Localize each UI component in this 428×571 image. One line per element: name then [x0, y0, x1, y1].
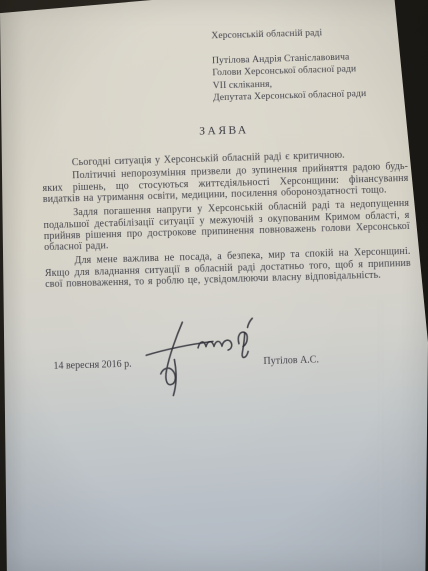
date-text: 14 вересня 2016 р.	[53, 359, 131, 372]
document-body: Сьогодні ситуація у Херсонській обласній…	[42, 147, 412, 290]
paragraph-4: Для мене важлива не посада, а безпека, м…	[44, 246, 411, 290]
signature-stroke	[172, 359, 176, 395]
document-header: Херсонській обласній раді Путілова Андрі…	[211, 25, 406, 105]
signature-stroke	[238, 332, 247, 347]
document-photo: Херсонській обласній раді Путілова Андрі…	[0, 0, 428, 571]
signature-stroke	[146, 341, 213, 355]
signature-stroke	[247, 318, 252, 327]
signature-icon	[142, 314, 294, 402]
signature-stroke	[159, 322, 184, 385]
signature-stroke	[198, 340, 232, 351]
paragraph-3: Задля погашення напруги у Херсонській об…	[43, 198, 410, 254]
document-content: Херсонській обласній раді Путілова Андрі…	[38, 25, 413, 377]
document-title: ЗАЯВА	[41, 119, 407, 142]
